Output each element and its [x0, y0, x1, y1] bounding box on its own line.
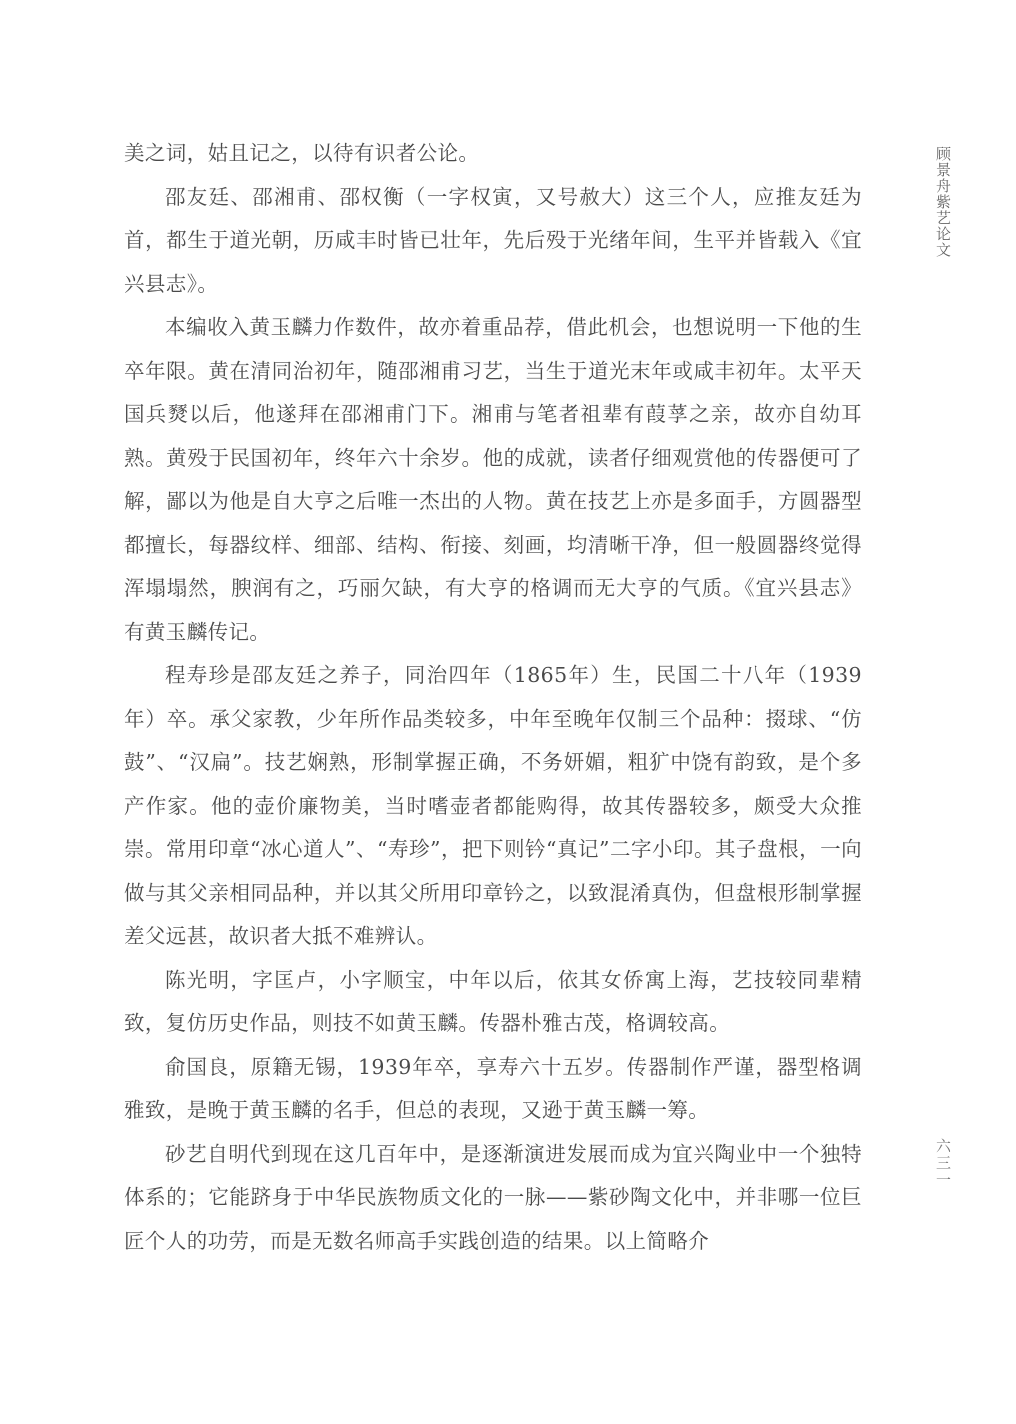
paragraph-shao-family: 邵友廷、邵湘甫、邵权衡（一字权寅，又号赦大）这三个人，应推友廷为首，都生于道光朝… [124, 176, 862, 307]
book-page: 美之词，姑且记之，以待有识者公论。 邵友廷、邵湘甫、邵权衡（一字权寅，又号赦大）… [0, 0, 1016, 1424]
paragraph-cheng-shouzhen: 程寿珍是邵友廷之养子，同治四年（1865年）生，民国二十八年（1939年）卒。承… [124, 654, 862, 959]
paragraph-yu-guoliang: 俞国良，原籍无锡，1939年卒，享寿六十五岁。传器制作严谨，器型格调雅致，是晚于… [124, 1046, 862, 1133]
paragraph-huang-yulin: 本编收入黄玉麟力作数件，故亦着重品荐，借此机会，也想说明一下他的生卒年限。黄在清… [124, 306, 862, 654]
running-head: 顾景舟紫艺论文 [928, 146, 952, 258]
paragraph-continued: 美之词，姑且记之，以待有识者公论。 [124, 132, 862, 176]
body-text: 美之词，姑且记之，以待有识者公论。 邵友廷、邵湘甫、邵权衡（一字权寅，又号赦大）… [124, 132, 862, 1263]
paragraph-chen-guangming: 陈光明，字匡卢，小字顺宝，中年以后，依其女侨寓上海，艺技较同辈精致，复仿历史作品… [124, 959, 862, 1046]
page-number: 六三一 [928, 1138, 952, 1189]
paragraph-summary: 砂艺自明代到现在这几百年中，是逐渐演进发展而成为宜兴陶业中一个独特体系的；它能跻… [124, 1133, 862, 1264]
